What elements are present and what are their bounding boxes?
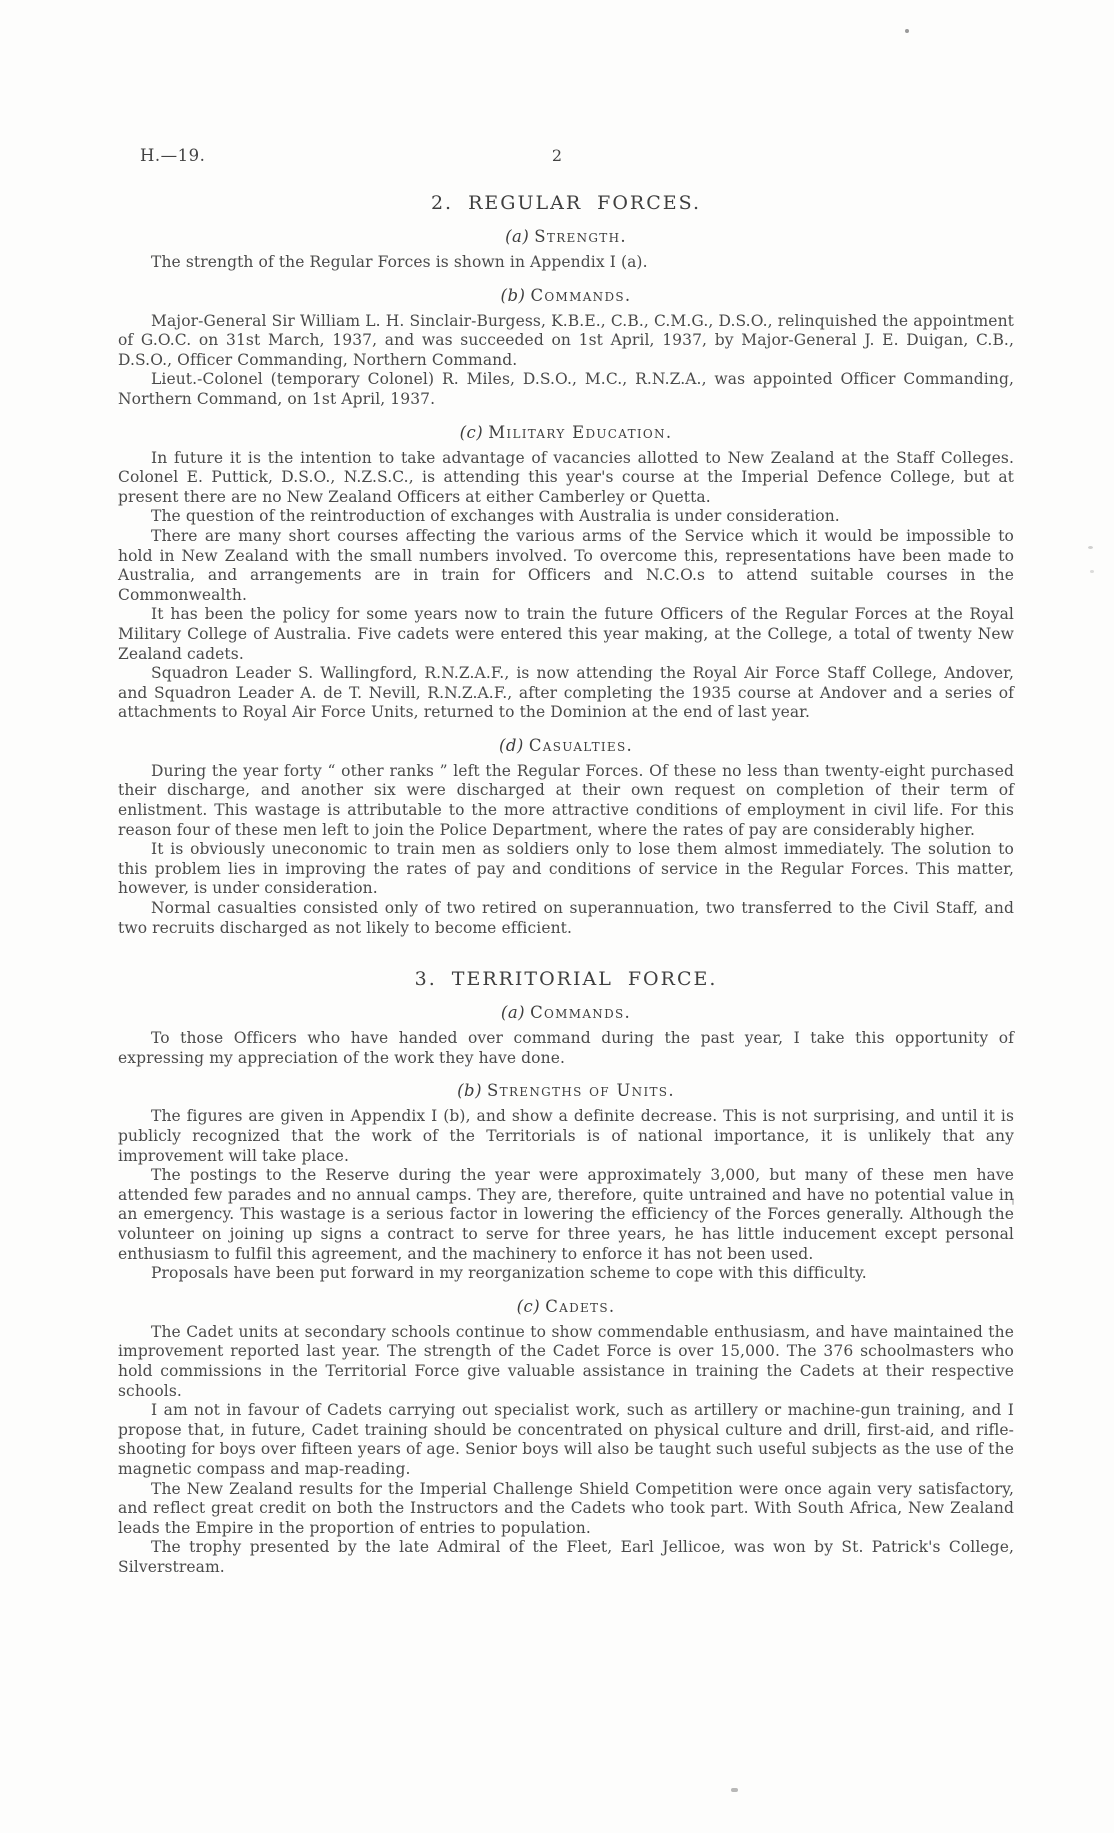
section-title-regular-forces: 2. REGULAR FORCES. xyxy=(118,192,1014,214)
subsection-title: Strength. xyxy=(534,227,627,246)
section-title-territorial-force: 3. TERRITORIAL FORCE. xyxy=(118,968,1014,990)
subsection-title: Commands. xyxy=(530,286,631,305)
subsection-label: (a) xyxy=(501,1003,525,1022)
paragraph: Squadron Leader S. Wallingford, R.N.Z.A.… xyxy=(118,664,1014,723)
subsection-label: (c) xyxy=(460,423,484,442)
paragraph: Lieut.-Colonel (temporary Colonel) R. Mi… xyxy=(118,370,1014,409)
paragraph: The postings to the Reserve during the y… xyxy=(118,1166,1014,1264)
subsection-label: (c) xyxy=(517,1297,541,1316)
subsection-heading-cadets: (c)Cadets. xyxy=(118,1297,1014,1316)
scan-speck xyxy=(905,29,909,33)
subsection-heading-casualties: (d)Casualties. xyxy=(118,736,1014,755)
page-number: 2 xyxy=(118,146,996,165)
paragraph: The trophy presented by the late Admiral… xyxy=(118,1538,1014,1577)
scan-speck xyxy=(731,1788,738,1792)
subsection-title: Casualties. xyxy=(529,736,633,755)
paragraph: The strength of the Regular Forces is sh… xyxy=(118,253,1014,273)
page-header: H.—19. 2 xyxy=(118,146,1014,168)
subsection-heading-strength: (a)Strength. xyxy=(118,227,1014,246)
subsection-label: (d) xyxy=(499,736,524,755)
subsection-label: (a) xyxy=(505,227,529,246)
paragraph: Proposals have been put forward in my re… xyxy=(118,1264,1014,1284)
subsection-label: (b) xyxy=(457,1081,482,1100)
paragraph: To those Officers who have handed over c… xyxy=(118,1029,1014,1068)
paragraph: Normal casualties consisted only of two … xyxy=(118,899,1014,938)
subsection-heading-strengths-of-units: (b)Strengths of Units. xyxy=(118,1081,1014,1100)
paragraph: During the year forty “ other ranks ” le… xyxy=(118,762,1014,840)
document-body: 2. REGULAR FORCES. (a)Strength. The stre… xyxy=(118,192,1014,1577)
paragraph: It has been the policy for some years no… xyxy=(118,605,1014,664)
subsection-heading-military-education: (c)Military Education. xyxy=(118,423,1014,442)
paragraph: The New Zealand results for the Imperial… xyxy=(118,1480,1014,1539)
subsection-label: (b) xyxy=(501,286,526,305)
subsection-title: Military Education. xyxy=(488,423,672,442)
subsection-title: Commands. xyxy=(530,1003,631,1022)
subsection-heading-commands-territorial: (a)Commands. xyxy=(118,1003,1014,1022)
paragraph: I am not in favour of Cadets carrying ou… xyxy=(118,1401,1014,1479)
paragraph: It is obviously uneconomic to train men … xyxy=(118,840,1014,899)
subsection-heading-commands-regular: (b)Commands. xyxy=(118,286,1014,305)
subsection-title: Cadets. xyxy=(545,1297,615,1316)
scan-speck xyxy=(1090,570,1094,573)
paragraph: In future it is the intention to take ad… xyxy=(118,449,1014,508)
paragraph: There are many short courses affecting t… xyxy=(118,527,1014,605)
subsection-title: Strengths of Units. xyxy=(487,1081,675,1100)
document-page: H.—19. 2 2. REGULAR FORCES. (a)Strength.… xyxy=(0,0,1114,1833)
paragraph: Major-General Sir William L. H. Sinclair… xyxy=(118,312,1014,371)
scan-speck xyxy=(1088,546,1093,549)
paragraph: The figures are given in Appendix I (b),… xyxy=(118,1107,1014,1166)
paragraph: The question of the reintroduction of ex… xyxy=(118,507,1014,527)
paragraph: The Cadet units at secondary schools con… xyxy=(118,1323,1014,1401)
